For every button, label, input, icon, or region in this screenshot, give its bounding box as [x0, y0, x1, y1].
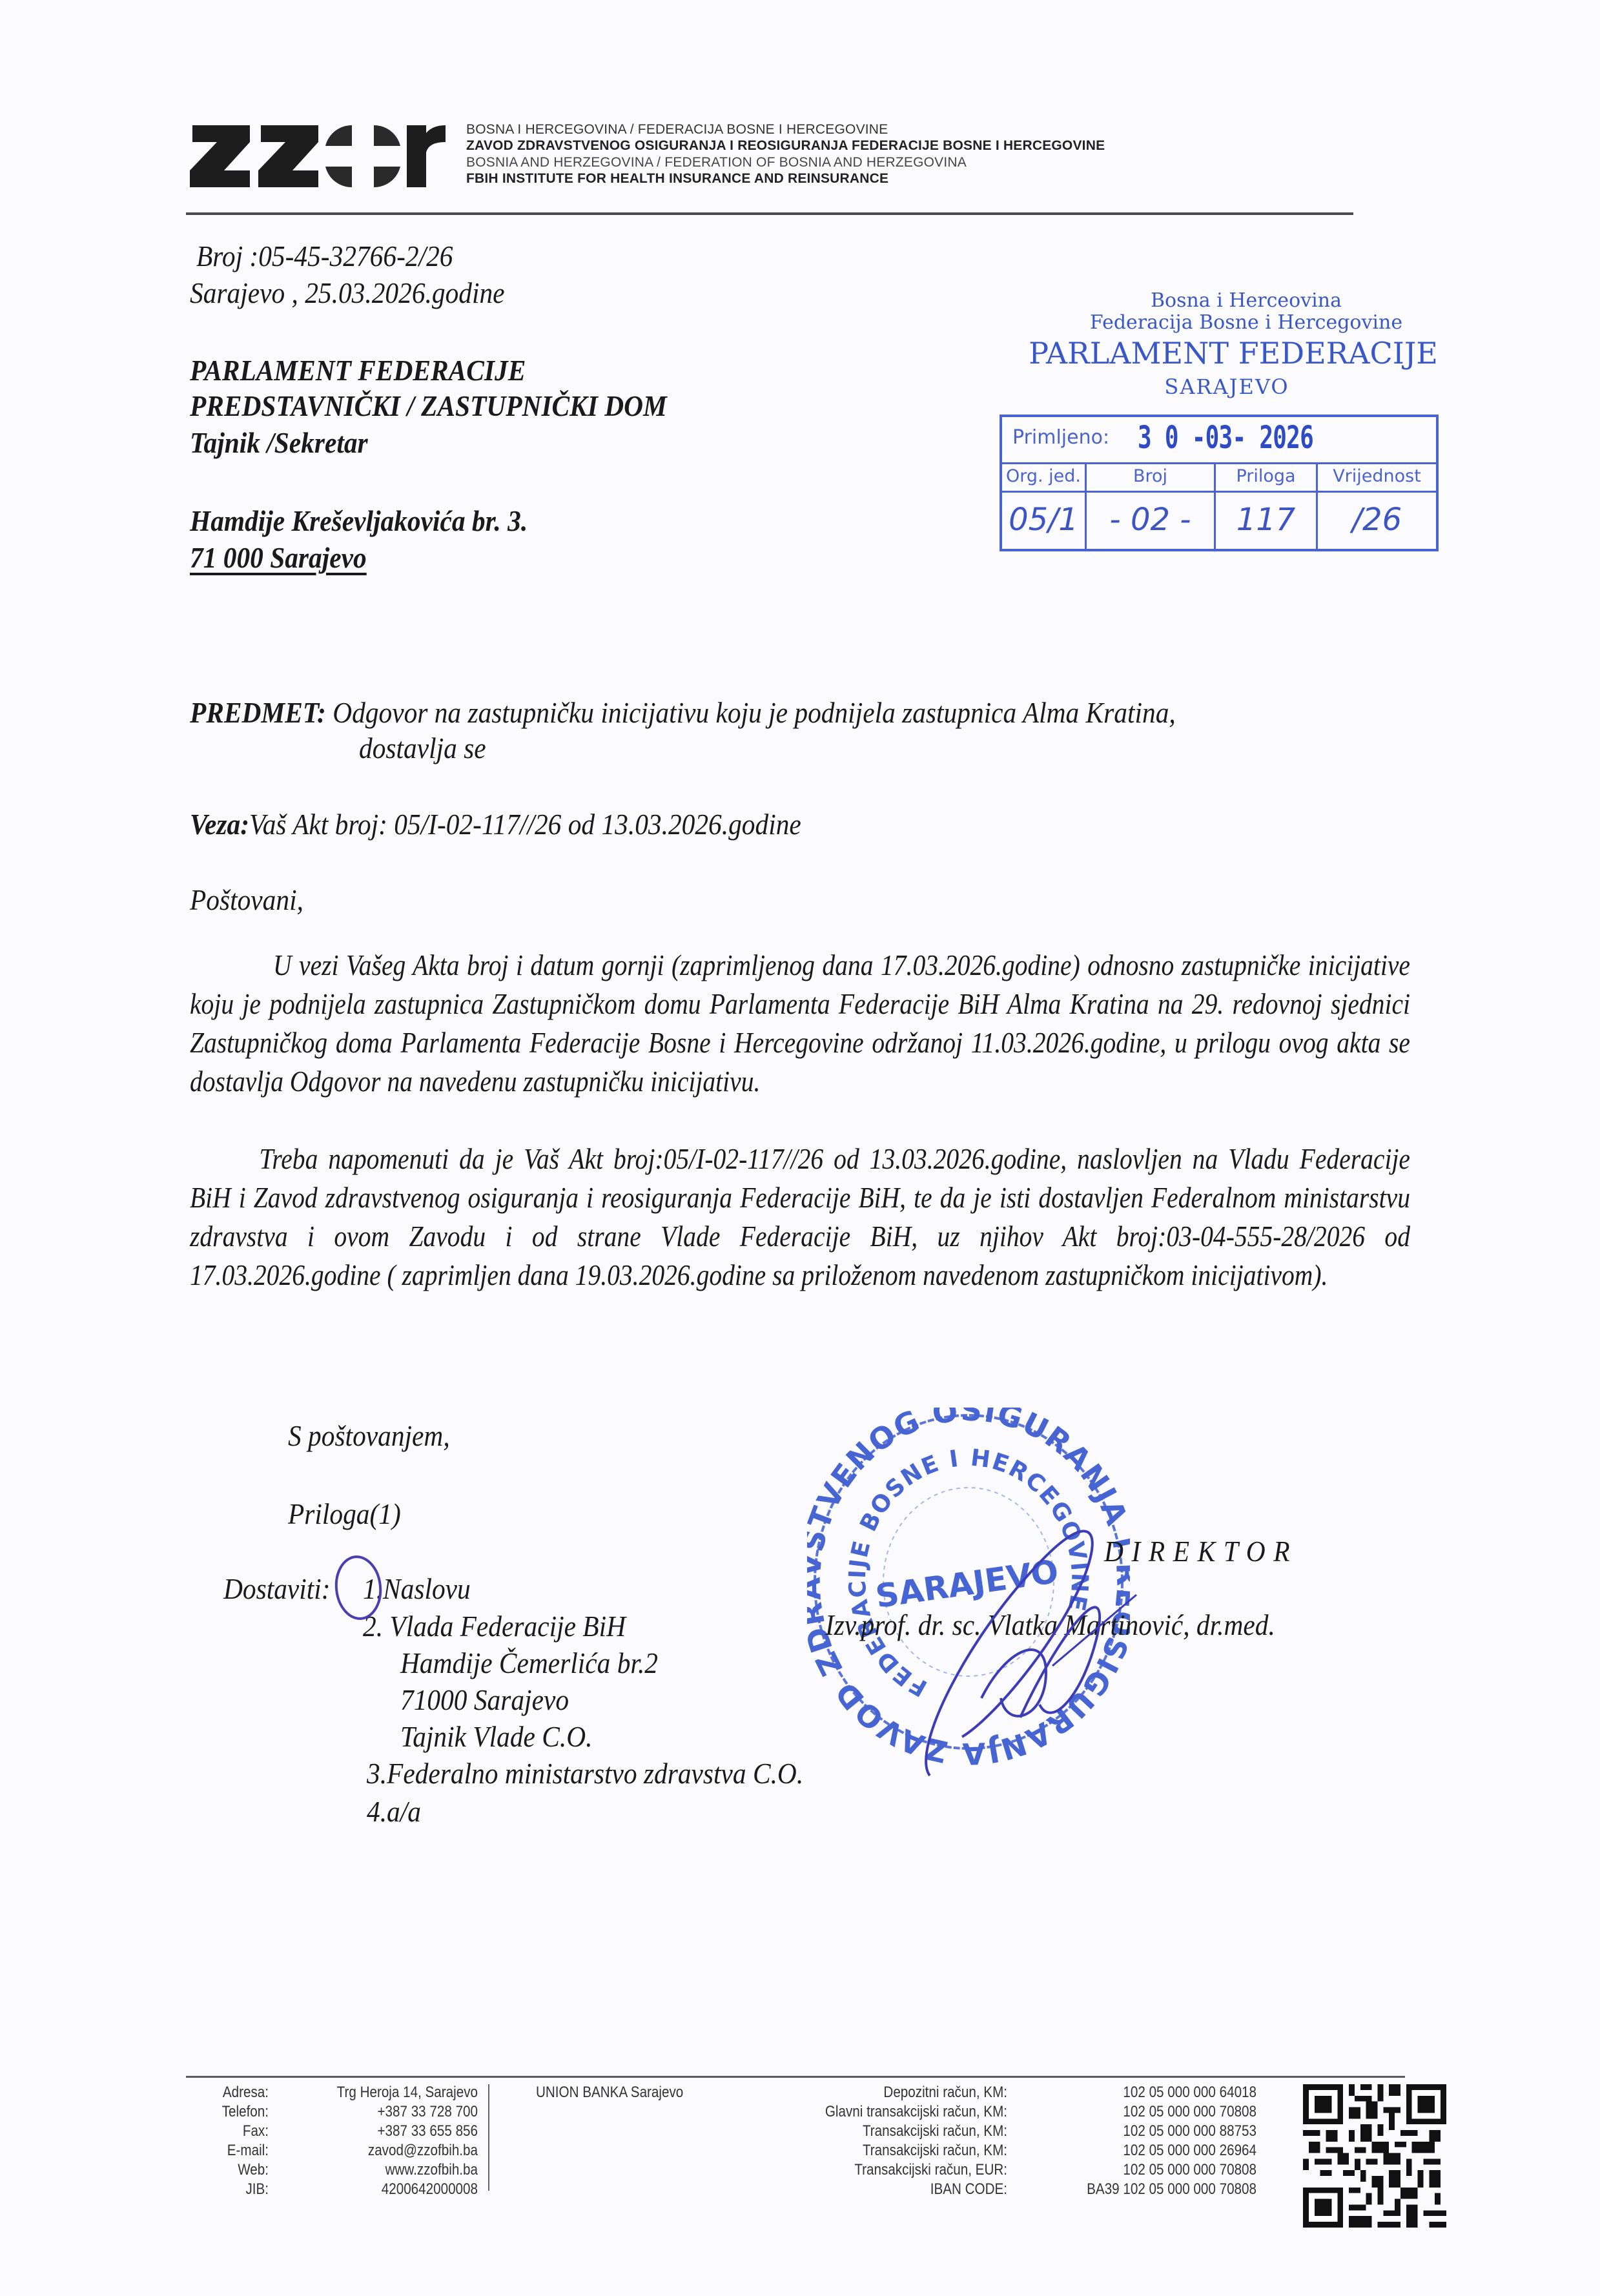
reception-stamp-federation: Federacija Bosne i Hercegovine	[1046, 311, 1446, 334]
reception-stamp-city: SARAJEVO	[1059, 374, 1395, 399]
account-label: Transakcijski račun, EUR:	[774, 2160, 1007, 2180]
value-phone: +387 33 728 700	[305, 2102, 478, 2122]
footer-contact-values: Trg Heroja 14, Sarajevo +387 33 728 700 …	[305, 2083, 478, 2199]
deliver-item-4: 4.a/a	[367, 1793, 421, 1830]
footer-bank-name: UNION BANKA Sarajevo	[536, 2083, 683, 2102]
account-number: 102 05 000 000 70808	[1042, 2102, 1256, 2122]
org-unit-value: 05/1	[1002, 491, 1085, 549]
letterhead-line-institute: ZAVOD ZDRAVSTVENOG OSIGURANJA I REOSIGUR…	[466, 138, 1105, 154]
number-value: - 02 -	[1085, 491, 1214, 549]
header-divider	[186, 212, 1353, 215]
attachments-value: 117	[1214, 491, 1316, 549]
value-jib: 4200642000008	[305, 2180, 478, 2199]
reception-stamp-parliament: PARLAMENT FEDERACIJE	[1014, 336, 1453, 371]
reference-text: Vaš Akt broj: 05/I-02-117//26 od 13.03.2…	[249, 808, 801, 841]
attachments-count: Priloga(1)	[288, 1495, 401, 1533]
label-fax: Fax:	[199, 2122, 269, 2141]
account-number: 102 05 000 000 70808	[1042, 2160, 1256, 2180]
value-web[interactable]: www.zzofbih.ba	[305, 2160, 478, 2180]
letterhead-line-country-en: BOSNIA AND HERZEGOVINA / FEDERATION OF B…	[466, 155, 967, 170]
deliver-item-2: 2. Vlada Federacije BiH	[363, 1608, 626, 1645]
label-jib: JIB:	[199, 2180, 269, 2199]
greeting: Poštovani,	[190, 881, 303, 919]
reference-label: Veza:	[190, 808, 249, 841]
account-label: Depozitni račun, KM:	[774, 2083, 1007, 2102]
footer-contact-labels: Adresa: Telefon: Fax: E-mail: Web: JIB:	[199, 2083, 269, 2199]
account-number: 102 05 000 000 88753	[1042, 2122, 1256, 2141]
account-number: 102 05 000 000 64018	[1042, 2083, 1256, 2102]
footer-account-values: 102 05 000 000 64018 102 05 000 000 7080…	[1042, 2083, 1256, 2199]
account-label: Glavni transakcijski račun, KM:	[774, 2102, 1007, 2122]
footer-divider	[186, 2076, 1405, 2078]
handwritten-circle-mark	[329, 1553, 387, 1623]
value-email[interactable]: zavod@zzofbih.ba	[305, 2141, 478, 2160]
closing-salutation: S poštovanjem,	[288, 1417, 450, 1455]
account-number: BA39 102 05 000 000 70808	[1042, 2180, 1256, 2199]
qr-code	[1303, 2084, 1446, 2228]
zzor-logo	[189, 124, 447, 189]
recipient-line-1: PARLAMENT FEDERACIJE	[190, 352, 526, 389]
label-web: Web:	[199, 2160, 269, 2180]
subject-text: Odgovor na zastupničku inicijativu koju …	[333, 696, 1176, 729]
account-number: 102 05 000 000 26964	[1042, 2141, 1256, 2160]
account-label: Transakcijski račun, KM:	[774, 2141, 1007, 2160]
reception-stamp-box: Primljeno: 3 0 -03- 2026 Org. jed. Broj …	[1000, 415, 1439, 551]
subject-line: PREDMET: Odgovor na zastupničku inicijat…	[190, 694, 1176, 732]
deliver-item-2-city: 71000 Sarajevo	[400, 1681, 569, 1719]
reference-line: Veza:Vaš Akt broj: 05/I-02-117//26 od 13…	[190, 806, 801, 843]
document-number: Broj :05-45-32766-2/26	[196, 238, 453, 275]
col-number: Broj	[1085, 462, 1214, 491]
handwritten-signature	[891, 1504, 1162, 1801]
col-attachments: Priloga	[1214, 462, 1316, 491]
deliver-item-3: 3.Federalno ministarstvo zdravstva C.O.	[367, 1755, 803, 1792]
deliver-item-2-street: Hamdije Čemerlića br.2	[400, 1645, 658, 1682]
recipient-line-2: PREDSTAVNIČKI / ZASTUPNIČKI DOM	[190, 387, 667, 425]
received-date: 3 0 -03- 2026	[1138, 420, 1313, 456]
label-address: Adresa:	[199, 2083, 269, 2102]
place-and-date: Sarajevo , 25.03.2026.godine	[190, 274, 505, 312]
received-label: Primljeno:	[1012, 426, 1109, 449]
letterhead-line-institute-en: FBIH INSTITUTE FOR HEALTH INSURANCE AND …	[466, 171, 888, 187]
label-phone: Telefon:	[199, 2102, 269, 2122]
account-label: Transakcijski račun, KM:	[774, 2122, 1007, 2141]
account-label: IBAN CODE:	[774, 2180, 1007, 2199]
value-address: Trg Heroja 14, Sarajevo	[305, 2083, 478, 2102]
subject-text-continued: dostavlja se	[359, 730, 486, 767]
col-value: Vrijednost	[1316, 462, 1436, 491]
body-paragraph-1: U vezi Vašeg Akta broj i datum gornji (z…	[190, 946, 1410, 1101]
footer-column-separator	[488, 2084, 489, 2191]
col-org-unit: Org. jed.	[1002, 462, 1085, 491]
subject-label: PREDMET:	[190, 696, 326, 729]
letterhead-line-country: BOSNA I HERCEGOVINA / FEDERACIJA BOSNE I…	[466, 122, 888, 138]
value-value: /26	[1316, 491, 1436, 549]
reception-stamp-country: Bosna i Herceovina	[1072, 289, 1421, 312]
value-fax: +387 33 655 856	[305, 2122, 478, 2141]
label-email: E-mail:	[199, 2141, 269, 2160]
deliver-to-label: Dostaviti:	[223, 1570, 331, 1608]
deliver-item-2-attn: Tajnik Vlade C.O.	[400, 1718, 592, 1756]
footer-account-labels: Depozitni račun, KM: Glavni transakcijsk…	[774, 2083, 1007, 2199]
recipient-city: 71 000 Sarajevo	[190, 539, 367, 577]
body-paragraph-2: Treba napomenuti da je Vaš Akt broj:05/I…	[190, 1140, 1410, 1295]
recipient-street: Hamdije Kreševljakovića br. 3.	[190, 502, 528, 540]
recipient-line-3: Tajnik /Sekretar	[190, 424, 368, 462]
